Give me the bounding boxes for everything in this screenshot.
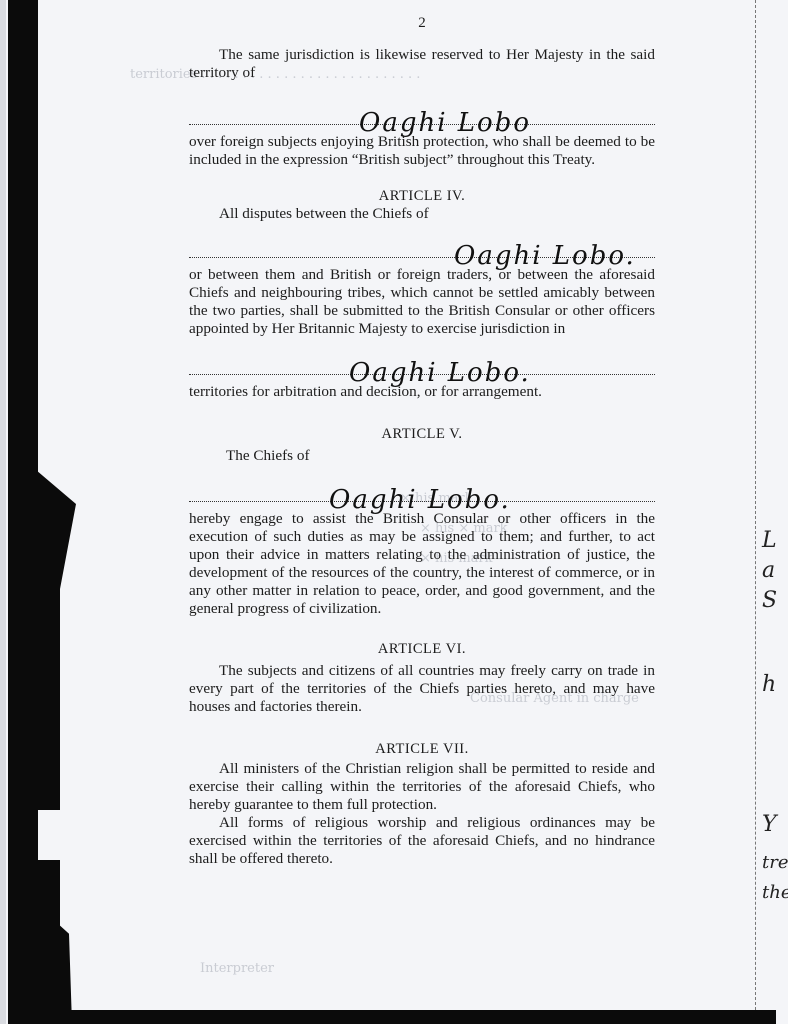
handwritten-place-name: Oaghi Lobo. — [454, 247, 636, 265]
intro-text-continued: over foreign subjects enjoying British p… — [189, 133, 655, 169]
article-text: All ministers of the Christian religion … — [189, 760, 655, 814]
article-v: ARTICLE V. The Chiefs of Oaghi Lobo. her… — [189, 425, 655, 618]
scan-border-torn-edge — [36, 470, 76, 810]
article-text: hereby engage to assist the British Cons… — [189, 510, 655, 618]
scan-border-bottom — [36, 1010, 776, 1024]
article-vii: ARTICLE VII. All ministers of the Christ… — [189, 740, 655, 868]
article-text: or between them and British or foreign t… — [189, 266, 655, 338]
scan-margin — [0, 0, 6, 1024]
article-heading: ARTICLE VII. — [189, 740, 655, 758]
margin-handwriting: S — [762, 588, 777, 613]
article-heading: ARTICLE IV. — [189, 187, 655, 205]
article-heading: ARTICLE VI. — [189, 640, 655, 658]
margin-handwriting: the — [762, 882, 788, 903]
intro-section: The same jurisdiction is likewise reserv… — [189, 46, 655, 169]
article-text: All disputes between the Chiefs of — [189, 205, 655, 223]
paper-edge — [755, 0, 757, 1010]
margin-handwriting: L — [762, 528, 777, 553]
margin-handwriting: a — [762, 558, 775, 583]
margin-handwriting: h — [762, 672, 776, 697]
article-heading: ARTICLE V. — [189, 425, 655, 443]
margin-handwriting: tre — [762, 852, 788, 873]
document-page: 2 The same jurisdiction is likewise rese… — [189, 0, 655, 868]
blank-fill-line: Oaghi Lobo. — [189, 338, 655, 375]
intro-text: The same jurisdiction is likewise reserv… — [189, 46, 655, 82]
article-text: All forms of religious worship and relig… — [189, 814, 655, 868]
handwritten-place-name: Oaghi Lobo. — [329, 491, 511, 509]
blank-fill-line: Oaghi Lobo — [189, 82, 655, 125]
handwritten-place-name: Oaghi Lobo — [359, 114, 531, 132]
page-number: 2 — [189, 14, 655, 36]
article-vi: ARTICLE VI. The subjects and citizens of… — [189, 640, 655, 716]
article-text: The subjects and citizens of all countri… — [189, 662, 655, 716]
handwritten-place-name: Oaghi Lobo. — [349, 364, 531, 382]
bleed-through: Interpreter — [200, 960, 274, 978]
margin-handwriting: Y — [762, 812, 777, 837]
article-text: The Chiefs of — [189, 447, 655, 465]
article-iv: ARTICLE IV. All disputes between the Chi… — [189, 187, 655, 401]
blank-fill-line: Oaghi Lobo. — [189, 465, 655, 502]
blank-fill-line: Oaghi Lobo. — [189, 223, 655, 258]
scan-border-torn-edge — [36, 860, 96, 1024]
scan-border-left — [8, 0, 38, 1024]
